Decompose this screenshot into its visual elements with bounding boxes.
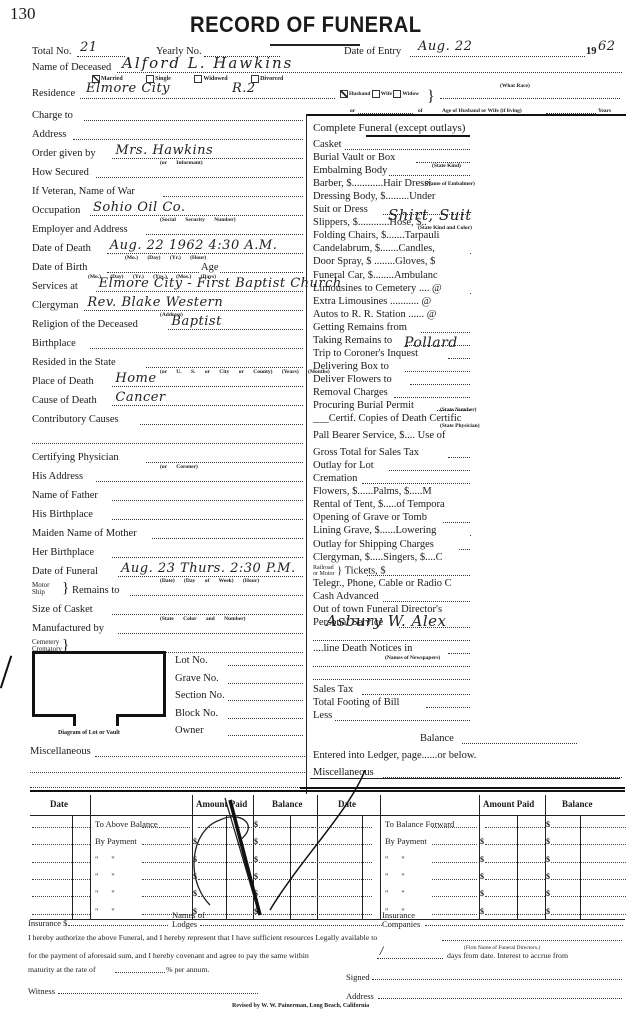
field-label: His Birthplace xyxy=(32,509,93,521)
payment-row-label: " " xyxy=(95,853,115,865)
payment-cell-line[interactable] xyxy=(32,896,90,897)
table-header: Balance xyxy=(562,798,593,810)
charge-item: Procuring Burial Permit xyxy=(313,400,414,412)
date-of-entry-line xyxy=(410,56,585,57)
payment-row-label: " " xyxy=(95,887,115,899)
payment-row-label: " " xyxy=(385,887,405,899)
field-input-line[interactable] xyxy=(32,443,303,444)
charge-item: Less xyxy=(313,710,332,722)
lodges-label: Names ofLodges xyxy=(172,911,205,929)
charge-item: ....line Death Notices in xyxy=(313,643,412,655)
payment-days-value[interactable]: / xyxy=(380,945,384,959)
dollar-sign: $ xyxy=(546,871,550,883)
lot-field-label: Lot No. xyxy=(175,655,208,667)
charge-item: Removal Charges xyxy=(313,387,388,399)
deceased-name-value[interactable]: Alford L. Hawkins xyxy=(122,56,293,70)
field-input-line[interactable] xyxy=(90,348,303,349)
charge-item: Suit or Dress xyxy=(313,204,368,216)
field-label: Date of Funeral xyxy=(32,566,98,578)
address-line[interactable] xyxy=(378,998,622,999)
dollar-sign: $ xyxy=(480,906,484,918)
heading-underline xyxy=(366,135,470,137)
payment-cell-line[interactable] xyxy=(551,879,626,880)
charge-item: Gross Total for Sales Tax xyxy=(313,447,419,459)
dollar-sign: $ xyxy=(546,836,550,848)
charge-amount-line[interactable] xyxy=(421,332,470,333)
field-handwritten-value[interactable]: Rev. Blake Western xyxy=(87,296,223,310)
miscellaneous-label: Miscellaneous xyxy=(30,746,91,758)
charge-item: Opening of Grave or Tomb xyxy=(313,512,427,524)
taking-remains-to-value[interactable]: Pollard xyxy=(404,336,458,350)
field-prefix: MotorShip xyxy=(32,582,50,596)
witness-line[interactable] xyxy=(58,993,258,994)
lot-field-line[interactable] xyxy=(228,735,303,736)
lodges-line[interactable] xyxy=(200,925,382,926)
payment-cell-line[interactable] xyxy=(32,827,90,828)
table-column-rule xyxy=(517,815,518,919)
page-number: 130 xyxy=(10,4,36,24)
table-header: Date xyxy=(50,798,68,810)
state-kind-caption: (State Kind) xyxy=(432,163,461,169)
field-label: Services at xyxy=(32,281,78,293)
year-prefix: 19 xyxy=(586,46,597,58)
payment-cell-line[interactable] xyxy=(432,914,477,915)
embalmer-caption: (Name of Embalmer) xyxy=(425,181,475,187)
age-label: Age xyxy=(200,262,220,274)
table-column-rule xyxy=(90,795,91,919)
residence-route-value[interactable]: R.2 xyxy=(232,82,256,96)
state-kind-color-caption: (State Kind and Color) xyxy=(418,225,472,231)
field-label: If Veteran, Name of War xyxy=(32,186,135,198)
right-panel-top-border xyxy=(306,114,626,116)
field-input-line[interactable] xyxy=(73,139,303,140)
payment-row-label: " " xyxy=(95,870,115,882)
spouse-name-line xyxy=(440,98,620,99)
field-label: Maiden Name of Mother xyxy=(32,528,137,540)
field-input-line[interactable] xyxy=(107,253,303,254)
charge-blank-line[interactable] xyxy=(313,640,470,641)
field-caption: (Social Security Number) xyxy=(160,217,236,223)
dollar-sign: $ xyxy=(480,871,484,883)
lot-field-label: Section No. xyxy=(175,690,225,702)
checkbox-wife[interactable]: Wife xyxy=(372,91,392,97)
state-physician-caption: (State Physician) xyxy=(440,423,480,429)
field-label: Name of Father xyxy=(32,490,98,502)
misc-line-1[interactable] xyxy=(95,756,305,757)
field-input-line[interactable] xyxy=(96,481,303,482)
field-handwritten-value[interactable]: Aug. 23 Thurs. 2:30 P.M. xyxy=(121,562,296,576)
payment-cell-line[interactable] xyxy=(32,879,90,880)
charge-amount-line[interactable] xyxy=(389,470,470,471)
table-column-rule xyxy=(380,795,381,919)
checkbox-husband[interactable]: Husband xyxy=(340,91,370,97)
authorize-text: I hereby authorize the above Funeral, an… xyxy=(28,932,377,944)
charge-amount-line[interactable] xyxy=(383,601,470,602)
residence-label: Residence xyxy=(32,88,75,100)
payment-cell-line[interactable] xyxy=(551,896,626,897)
charge-item: Deliver Flowers to xyxy=(313,374,392,386)
field-input-line[interactable] xyxy=(146,462,303,463)
payment-days-line[interactable] xyxy=(377,958,443,959)
charge-item: Autos to R. R. Station ...... @ xyxy=(313,309,436,321)
dollar-sign: $ xyxy=(546,906,550,918)
payment-text-b: days from date. Interest to accrue from xyxy=(447,950,568,962)
insurance-label: Insurance $ xyxy=(28,917,67,929)
charge-item: Total Footing of Bill xyxy=(313,697,399,709)
field-label: Date of Birth xyxy=(32,262,87,274)
payment-cell-line[interactable] xyxy=(32,862,90,863)
payment-cell-line[interactable] xyxy=(551,914,626,915)
signed-line[interactable] xyxy=(372,979,622,980)
charge-amount-line[interactable] xyxy=(362,694,470,695)
dollar-sign: $ xyxy=(546,854,550,866)
payment-cell-line[interactable] xyxy=(432,844,477,845)
field-input-line[interactable] xyxy=(90,215,303,216)
charge-amount-line[interactable] xyxy=(443,522,470,523)
field-label: Order given by xyxy=(32,148,96,160)
payment-cell-line[interactable] xyxy=(432,896,477,897)
charge-amount-line[interactable] xyxy=(362,483,470,484)
brace: } xyxy=(62,581,69,596)
field-caption: (Date) (Day of Week) (Hour) xyxy=(160,578,259,584)
charge-item: Rental of Tent, $.....of Tempora xyxy=(313,499,445,511)
payment-cell-line[interactable] xyxy=(485,896,545,897)
interest-rate-line[interactable] xyxy=(115,972,165,973)
charge-item: Sales Tax xyxy=(313,684,353,696)
charge-item: Lining Grave, $......Lowering xyxy=(313,525,436,537)
lot-diagram-base-right xyxy=(116,714,163,717)
table-column-rule xyxy=(580,815,581,919)
field-input-line[interactable] xyxy=(118,576,303,577)
dollar-sign: $ xyxy=(546,888,550,900)
charge-item: Funeral Car, $........Ambulanc xyxy=(313,270,438,282)
charge-item: Delivering Box to xyxy=(313,361,389,373)
dollar-sign: $ xyxy=(480,836,484,848)
lot-diagram-caption: Diagram of Lot or Vault xyxy=(58,730,120,736)
field-input-line[interactable] xyxy=(168,329,303,330)
insurance-line[interactable] xyxy=(68,925,168,926)
field-caption: (Mo.) (Day) (Yr.) (Hour) xyxy=(125,255,206,261)
payment-cell-line[interactable] xyxy=(432,879,477,880)
payment-text-a: for the payment of aforesaid sum, and I … xyxy=(28,950,309,962)
field-label: Remains to xyxy=(72,585,120,597)
table-column-rule xyxy=(72,815,73,919)
field-caption: (or Informant) xyxy=(160,160,203,166)
charge-item: Limousines to Cemetery .... @ xyxy=(313,283,442,295)
payment-row-label: To Balance Forward xyxy=(385,818,454,830)
payment-row-label: " " xyxy=(95,905,115,917)
charge-item: Barber, $............Hair Dressi xyxy=(313,178,431,190)
date-of-entry-label: Date of Entry xyxy=(344,46,401,58)
address-label: Address xyxy=(346,990,374,1002)
field-input-line[interactable] xyxy=(146,234,303,235)
suit-or-dress-value[interactable]: Shirt, Suit xyxy=(388,208,472,222)
charge-amount-line[interactable] xyxy=(394,397,470,398)
revised-by-credit: Revised by W. W. Painerman, Long Beach, … xyxy=(232,1003,369,1009)
brace: } xyxy=(427,89,435,105)
total-no-line xyxy=(77,56,125,57)
lot-field-line[interactable] xyxy=(228,700,303,701)
field-input-line[interactable] xyxy=(112,405,303,406)
charge-item: Dressing Body, $.........Under xyxy=(313,191,435,203)
charge-item: Taking Remains to xyxy=(313,335,392,347)
field-input-line[interactable] xyxy=(84,120,303,121)
field-input-line[interactable] xyxy=(152,538,303,539)
charge-amount-line[interactable] xyxy=(410,384,470,385)
field-label: Birthplace xyxy=(32,338,76,350)
field-input-line[interactable] xyxy=(112,158,303,159)
charge-item: Outlay for Shipping Charges xyxy=(313,539,434,551)
lot-diagram-post-left xyxy=(73,714,76,726)
field-input-line[interactable] xyxy=(96,177,303,178)
charge-item: Burial Vault or Box xyxy=(313,152,395,164)
field-caption: (State Color and Number) xyxy=(160,616,245,622)
field-handwritten-value[interactable]: Home xyxy=(115,372,156,386)
charge-amount-line[interactable] xyxy=(448,457,470,458)
charge-amount-line[interactable] xyxy=(345,149,470,150)
checkbox-widow[interactable]: Widow xyxy=(393,91,419,97)
residence-line xyxy=(80,98,335,99)
payment-row-label: " " xyxy=(385,853,405,865)
charge-item: Cash Advanced xyxy=(313,591,379,603)
payment-cell-line[interactable] xyxy=(32,914,90,915)
payment-row-label: " " xyxy=(385,870,405,882)
total-no-label: Total No. xyxy=(32,46,72,58)
field-label: Manufactured by xyxy=(32,623,104,635)
field-handwritten-value[interactable]: Sohio Oil Co. xyxy=(93,201,186,215)
total-no-value[interactable]: 21 xyxy=(80,41,98,55)
payment-row-label: By Payment xyxy=(95,835,137,847)
field-label: Clergyman xyxy=(32,300,78,312)
charge-item: Folding Chairs, $.......Tarpauli xyxy=(313,230,439,242)
field-handwritten-value[interactable]: Baptist xyxy=(171,315,221,329)
field-handwritten-value[interactable]: Aug. 22 1962 4:30 A.M. xyxy=(110,239,278,253)
payment-cell-line[interactable] xyxy=(551,844,626,845)
insurance-companies-label: InsuranceCompanies xyxy=(382,911,420,929)
field-label: Religion of the Deceased xyxy=(32,319,138,331)
charge-amount-line[interactable] xyxy=(462,743,577,744)
payment-row-label: To Above Balance xyxy=(95,818,158,830)
field-label: His Address xyxy=(32,471,83,483)
field-caption: (or U. S. or City or County) (Years) (Mo… xyxy=(160,369,330,375)
payment-cell-line[interactable] xyxy=(485,844,545,845)
payment-cell-line[interactable] xyxy=(485,879,545,880)
field-label: Address xyxy=(32,129,66,141)
witness-label: Witness xyxy=(28,985,55,997)
field-label: Place of Death xyxy=(32,376,94,388)
railroad-motor-caption: Railroador Motor xyxy=(313,565,335,577)
signed-label: Signed xyxy=(346,971,370,983)
lot-field-label: Block No. xyxy=(175,708,218,720)
field-handwritten-value[interactable]: Mrs. Hawkins xyxy=(115,144,213,158)
dollar-sign: $ xyxy=(546,819,550,831)
charge-item: Candelabrum, $.......Candles, xyxy=(313,243,435,255)
payment-cell-line[interactable] xyxy=(485,914,545,915)
field-label: Size of Casket xyxy=(32,604,93,616)
pen-scribble-marks xyxy=(180,770,380,920)
field-label: Contributory Causes xyxy=(32,414,119,426)
charge-amount-line[interactable] xyxy=(459,549,470,550)
charge-item: Cremation xyxy=(313,473,357,485)
payment-cell-line[interactable] xyxy=(551,862,626,863)
personal-service-value[interactable]: Asbury W. Alex xyxy=(326,614,447,628)
right-panel-heading: Complete Funeral (except outlays) xyxy=(313,122,465,134)
charge-item: Embalming Body xyxy=(313,165,387,177)
field-input-line[interactable] xyxy=(112,500,303,501)
field-label: Date of Death xyxy=(32,243,91,255)
companies-line[interactable] xyxy=(425,925,623,926)
lot-diagram-box xyxy=(32,651,166,717)
margin-pen-mark xyxy=(0,656,12,689)
field-input-line[interactable] xyxy=(112,614,303,615)
lot-field-line[interactable] xyxy=(228,683,303,684)
charge-amount-line[interactable] xyxy=(426,707,470,708)
field-label: Charge to xyxy=(32,110,73,122)
field-input-line[interactable] xyxy=(118,633,303,634)
lot-field-line[interactable] xyxy=(228,718,303,719)
field-input-line[interactable] xyxy=(84,310,303,311)
payment-cell-line[interactable] xyxy=(551,827,626,828)
charge-amount-line[interactable] xyxy=(405,371,470,372)
name-of-deceased-label: Name of Deceased xyxy=(32,62,111,74)
field-label: Cause of Death xyxy=(32,395,97,407)
charge-item: Balance xyxy=(420,733,454,745)
field-label: Certifying Physician xyxy=(32,452,119,464)
charge-item: Extra Limousines ........... @ xyxy=(313,296,431,308)
field-label: Occupation xyxy=(32,205,80,217)
residence-value[interactable]: Elmore City xyxy=(86,82,170,96)
field-input-line[interactable] xyxy=(112,386,303,387)
maturity-text-b: % per annum. xyxy=(166,964,210,976)
charge-item: Getting Remains from xyxy=(313,322,407,334)
firm-name-line[interactable] xyxy=(442,940,622,941)
field-label: Employer and Address xyxy=(32,224,128,236)
maturity-text-a: maturity at the rate of xyxy=(28,964,96,976)
charge-item: Entered into Ledger, page......or below. xyxy=(313,750,476,762)
dollar-sign: $ xyxy=(480,888,484,900)
what-race-caption: (What Race) xyxy=(500,83,530,89)
charge-item: Outlay for Lot xyxy=(313,460,374,472)
form-title: RECORD OF FUNERAL xyxy=(190,12,422,38)
field-input-line[interactable] xyxy=(96,291,303,292)
charge-amount-line[interactable] xyxy=(389,175,470,176)
payment-cell-line[interactable] xyxy=(432,827,477,828)
field-handwritten-value[interactable]: Cancer xyxy=(115,391,165,405)
table-header: Amount Paid xyxy=(483,798,534,810)
right-panel-left-border xyxy=(306,114,307,794)
field-input-line[interactable] xyxy=(130,595,303,596)
lot-diagram-base-left xyxy=(32,714,76,717)
spouse-status-group: Husband Wife Widow xyxy=(340,90,419,98)
charge-item: Casket xyxy=(313,139,342,151)
charge-item: Telegr., Phone, Cable or Radio C xyxy=(313,578,452,590)
date-of-entry-value[interactable]: Aug. 22 xyxy=(418,40,472,54)
charge-item: Door Spray, $ ........Gloves, $ xyxy=(313,256,435,268)
year-value[interactable]: 62 xyxy=(598,40,616,54)
payment-cell-line[interactable] xyxy=(485,827,545,828)
payment-cell-line[interactable] xyxy=(32,844,90,845)
field-label: Her Birthplace xyxy=(32,547,94,559)
dollar-sign: $ xyxy=(480,854,484,866)
charge-amount-line[interactable] xyxy=(448,653,470,654)
lot-field-label: Grave No. xyxy=(175,673,219,685)
charge-blank-line[interactable] xyxy=(313,666,470,667)
newspapers-caption: (Names of Newspapers) xyxy=(385,655,440,661)
charge-item: Clergyman, $.....Singers, $....C xyxy=(313,552,443,564)
payment-cell-line[interactable] xyxy=(432,862,477,863)
charge-item: Flowers, $......Palms, $.....M xyxy=(313,486,432,498)
payment-cell-line[interactable] xyxy=(485,862,545,863)
field-input-line[interactable] xyxy=(140,424,303,425)
lot-diagram-post-right xyxy=(116,714,119,726)
state-number-caption: (State Number) xyxy=(440,407,477,413)
lot-field-line[interactable] xyxy=(228,665,303,666)
field-caption: (or Coroner) xyxy=(160,464,198,470)
field-input-line[interactable] xyxy=(112,519,303,520)
payment-row-label: By Payment xyxy=(385,835,427,847)
field-input-line[interactable] xyxy=(112,557,303,558)
charge-item: Pall Bearer Service, $.... Use of xyxy=(313,430,445,442)
field-label: How Secured xyxy=(32,167,89,179)
charge-amount-line[interactable] xyxy=(448,358,470,359)
charge-amount-line[interactable] xyxy=(335,720,470,721)
field-input-line[interactable] xyxy=(146,367,303,368)
name-line xyxy=(117,72,622,73)
lot-field-label: Owner xyxy=(175,725,204,737)
field-input-line[interactable] xyxy=(163,196,303,197)
charge-blank-line[interactable] xyxy=(313,679,470,680)
charge-amount-line[interactable] xyxy=(367,575,470,576)
field-label: Resided in the State xyxy=(32,357,116,369)
charge-item: Trip to Coroner's Inquest xyxy=(313,348,418,360)
checkbox-widowed[interactable]: Widowed xyxy=(194,76,227,82)
